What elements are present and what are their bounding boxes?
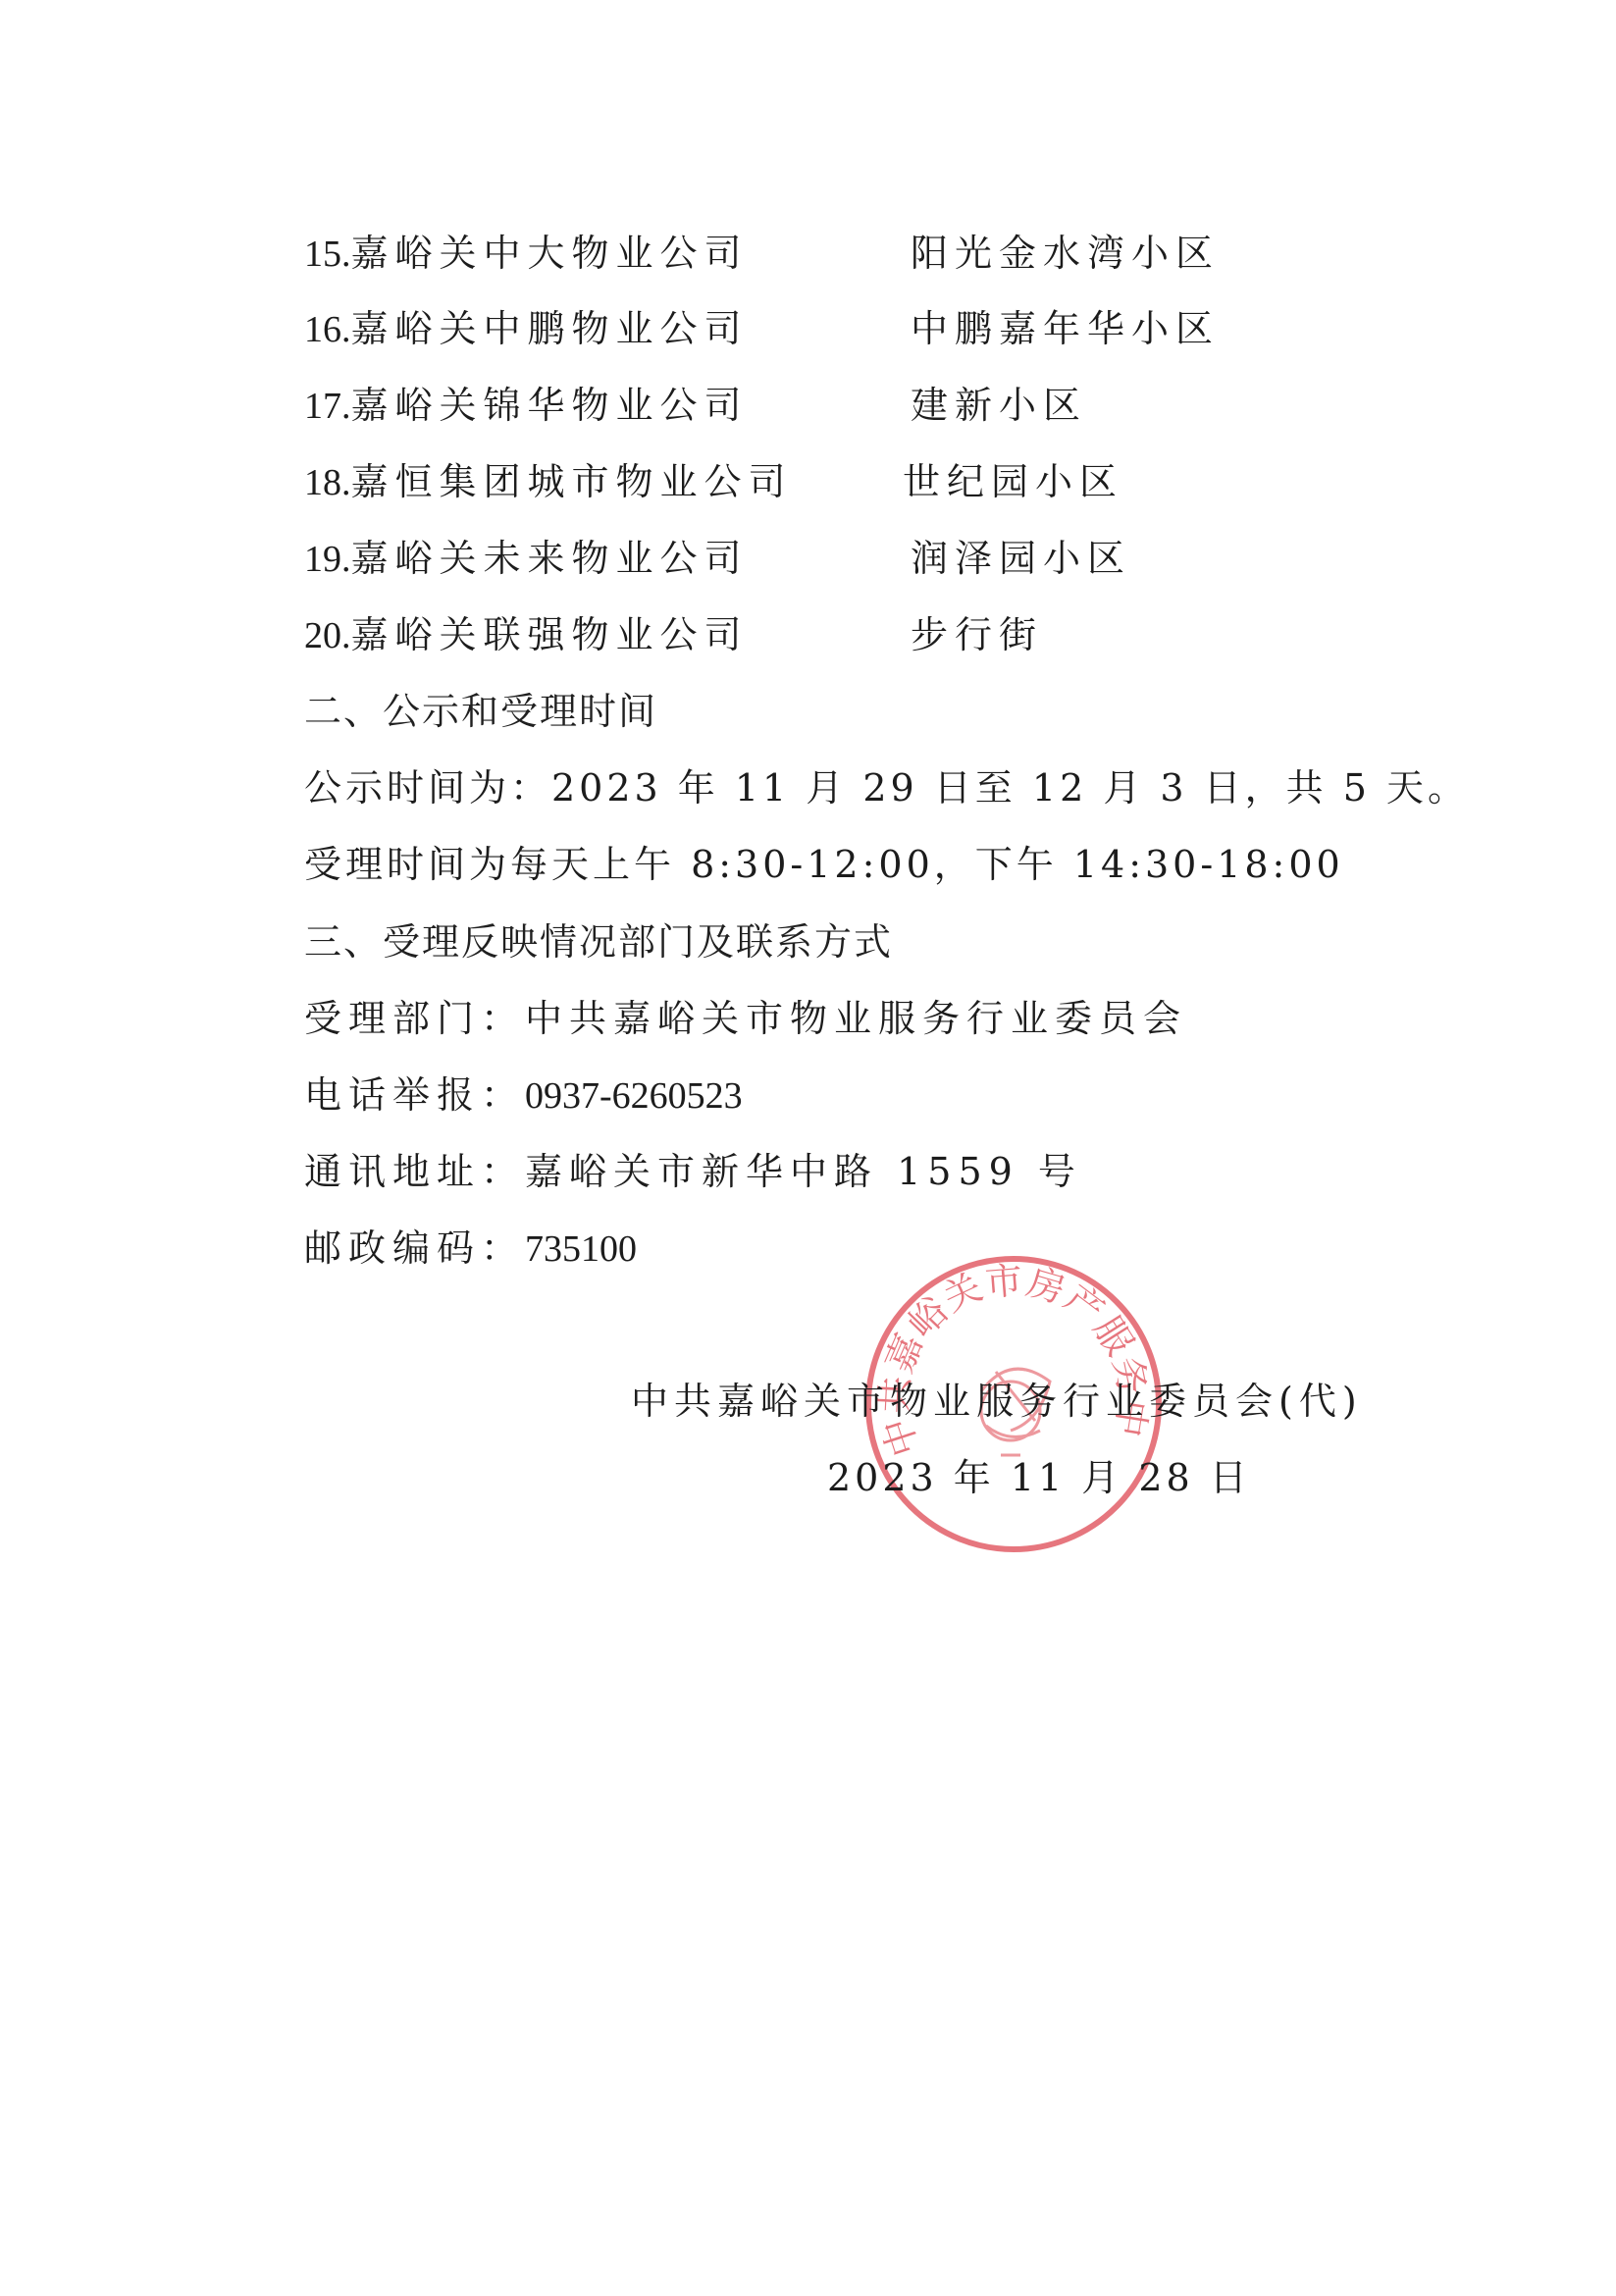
signing-organization: 中共嘉峪关市物业服务行业委员会(代)	[631, 1379, 1363, 1424]
company-name: 嘉峪关中大物业公司	[351, 232, 749, 275]
department-row: 受理部门：中共嘉峪关市物业服务行业委员会	[304, 996, 1187, 1041]
list-item: 17.嘉峪关锦华物业公司	[304, 383, 749, 429]
section-heading-contact: 三、受理反映情况部门及联系方式	[304, 919, 893, 965]
list-item: 18.嘉恒集团城市物业公司	[304, 459, 793, 505]
item-number: 15.	[304, 234, 351, 275]
community-name: 润泽园小区	[911, 536, 1131, 581]
publicity-period-text: 公示时间为：2023 年 11 月 29 日至 12 月 3 日，共 5 天。	[304, 765, 1469, 810]
signing-date: 2023 年 11 月 28 日	[827, 1455, 1251, 1500]
department-value: 中共嘉峪关市物业服务行业委员会	[525, 997, 1187, 1040]
phone-label: 电话举报：	[304, 1073, 525, 1117]
company-name: 嘉峪关未来物业公司	[351, 537, 749, 580]
community-name: 步行街	[911, 612, 1043, 657]
svg-text:中共嘉峪关市房产服务中心委员会: 中共嘉峪关市房产服务中心委员会	[863, 1254, 1155, 1462]
community-name: 中鹏嘉年华小区	[911, 306, 1220, 351]
community-name: 世纪园小区	[903, 459, 1123, 504]
list-item: 20.嘉峪关联强物业公司	[304, 612, 749, 658]
community-name: 建新小区	[911, 383, 1087, 428]
list-item: 19.嘉峪关未来物业公司	[304, 536, 749, 582]
postcode-label: 邮政编码：	[304, 1226, 525, 1270]
department-label: 受理部门：	[304, 997, 525, 1040]
company-name: 嘉峪关锦华物业公司	[351, 384, 749, 427]
address-row: 通讯地址：嘉峪关市新华中路 1559 号	[304, 1149, 1082, 1194]
item-number: 19.	[304, 539, 351, 580]
postcode-value: 735100	[525, 1228, 637, 1270]
item-number: 20.	[304, 615, 351, 656]
list-item: 15.嘉峪关中大物业公司	[304, 231, 749, 277]
address-value: 嘉峪关市新华中路 1559 号	[525, 1150, 1082, 1193]
phone-row: 电话举报：0937-6260523	[304, 1072, 743, 1119]
community-name: 阳光金水湾小区	[911, 231, 1220, 276]
item-number: 16.	[304, 309, 351, 350]
list-item: 16.嘉峪关中鹏物业公司	[304, 306, 749, 352]
address-label: 通讯地址：	[304, 1150, 525, 1193]
item-number: 17.	[304, 386, 351, 427]
company-name: 嘉恒集团城市物业公司	[351, 460, 793, 503]
section-heading-publicity: 二、公示和受理时间	[304, 689, 657, 734]
seal-text: 中共嘉峪关市房产服务中心委员会	[863, 1254, 1155, 1462]
company-name: 嘉峪关中鹏物业公司	[351, 307, 749, 350]
phone-value: 0937-6260523	[525, 1075, 743, 1117]
item-number: 18.	[304, 462, 351, 503]
postcode-row: 邮政编码：735100	[304, 1226, 637, 1272]
company-name: 嘉峪关联强物业公司	[351, 613, 749, 656]
accept-hours-text: 受理时间为每天上午 8:30-12:00，下午 14:30-18:00	[304, 842, 1344, 887]
